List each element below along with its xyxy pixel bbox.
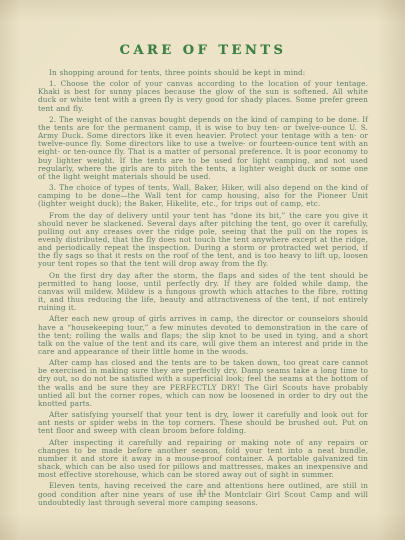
page-number: 11 [0,488,405,497]
body-text: In shopping around for tents, three poin… [38,69,368,507]
paragraph-intro: In shopping around for tents, three poin… [38,69,368,77]
paragraph: After inspecting it carefully and repair… [38,439,368,480]
paragraph-point-3: 3. The choice of types of tents, Wall, B… [38,184,368,208]
page-content: CARE OF TENTS In shopping around for ten… [38,43,368,510]
paragraph: After camp has closed and the tents are … [38,359,368,408]
paragraph-point-1: 1. Choose the color of your canvas accor… [38,80,368,113]
paragraph-point-2: 2. The weight of the canvas bought depen… [38,116,368,181]
paragraph: After satisfying yourself that your tent… [38,411,368,435]
scanned-page: CARE OF TENTS In shopping around for ten… [0,0,405,540]
page-title: CARE OF TENTS [38,43,368,58]
paragraph: On the first dry day after the storm, th… [38,272,368,313]
paragraph: After each new group of girls arrives in… [38,315,368,356]
paragraph: From the day of delivery until your tent… [38,212,368,269]
